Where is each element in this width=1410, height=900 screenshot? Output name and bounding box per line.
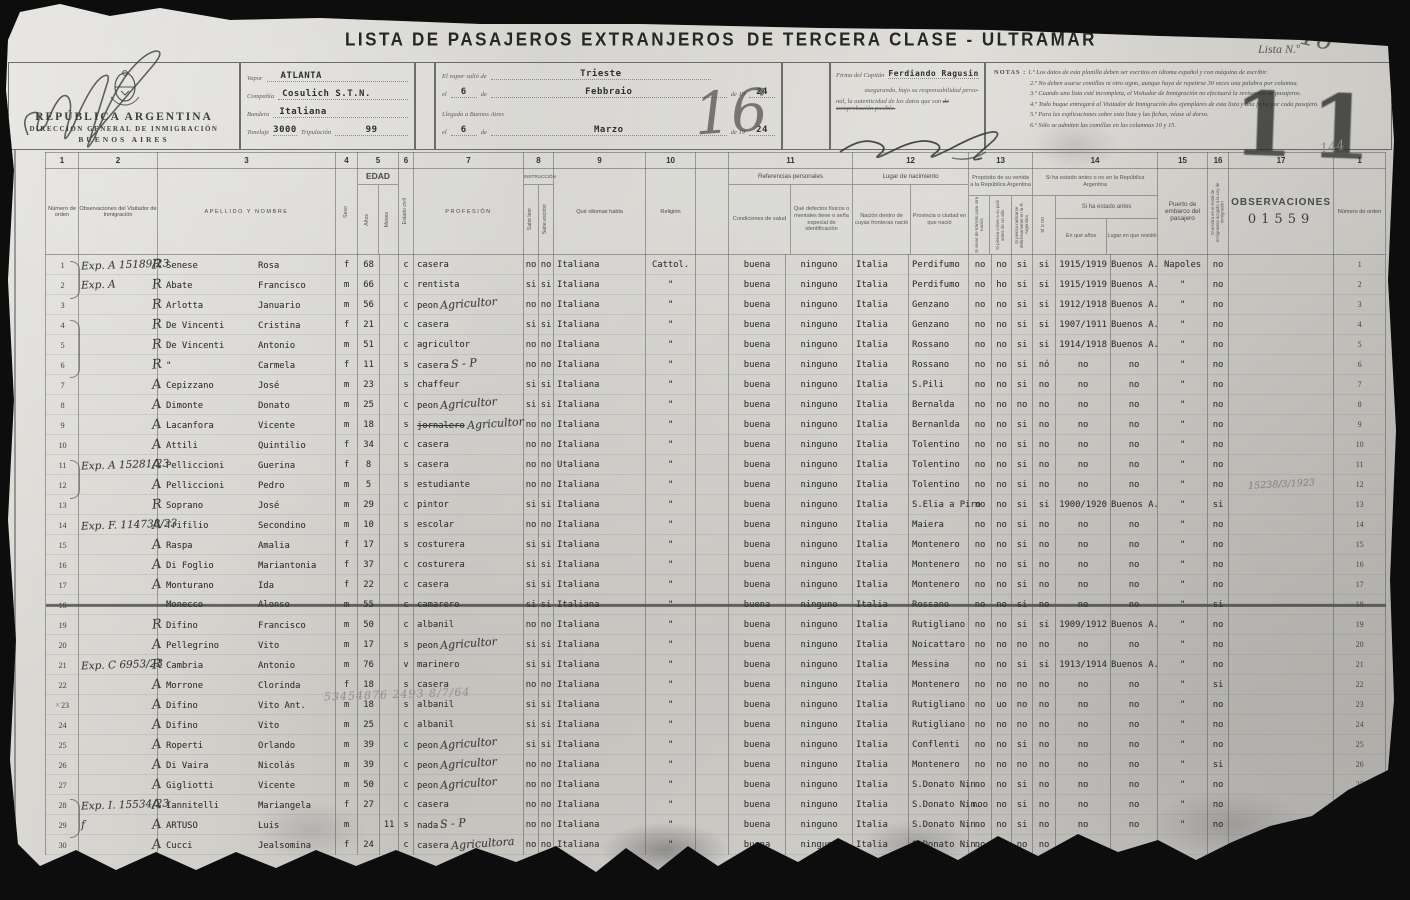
table-row: 2 Exp. A RAbateFrancisco m 66 c rentista… bbox=[46, 275, 1386, 295]
cell-sabe-escribir: no bbox=[539, 335, 554, 355]
cell-numero-right: 15 bbox=[1334, 535, 1386, 555]
cell-condiciones-salud: buena bbox=[729, 755, 786, 775]
cell-en-que-anos: no bbox=[1056, 355, 1111, 375]
profesion: rentista bbox=[417, 280, 459, 290]
cell-proposito-volver: no bbox=[992, 815, 1012, 835]
cell-defectos: ninguno bbox=[786, 615, 853, 635]
cell-proposito-transito: no bbox=[969, 675, 992, 695]
cell-observaciones bbox=[1229, 495, 1334, 515]
row-number: 3 bbox=[61, 301, 65, 310]
apellido: Arlotta bbox=[166, 301, 258, 311]
cell-estuvo-antes: si bbox=[1033, 315, 1056, 335]
visitador-mark: A bbox=[151, 696, 166, 712]
compania-label: Compañía bbox=[247, 93, 274, 100]
cell-puerto-embarco: " bbox=[1158, 415, 1208, 435]
apellido: ARTUSO bbox=[166, 821, 258, 831]
col-header-numero-right: Número de orden bbox=[1334, 169, 1386, 255]
cell-estado-civil: c bbox=[399, 595, 414, 615]
cell-apellido-nombre: RDifinoFrancisco bbox=[158, 615, 336, 635]
cell-lugar-residio: no bbox=[1111, 775, 1158, 795]
row-number: 7 bbox=[61, 381, 65, 390]
nombre: Luis bbox=[258, 821, 279, 831]
cell-estuvo-antes: no bbox=[1033, 435, 1056, 455]
cell-apellido-nombre: ARopertiOrlando bbox=[158, 735, 336, 755]
cell-apellido-nombre: RAbateFrancisco bbox=[158, 275, 336, 295]
cell-edad-meses bbox=[380, 255, 399, 275]
cell-sabe-escribir: no bbox=[539, 355, 554, 375]
compania-value: Cosulich S.T.N. bbox=[278, 89, 408, 100]
cell-sabe-leer: no bbox=[524, 475, 539, 495]
cell-lugar-residio: no bbox=[1111, 455, 1158, 475]
colnum-17: 17 bbox=[1229, 153, 1334, 169]
cell-sabe-escribir: si bbox=[539, 715, 554, 735]
cell-religion: " bbox=[646, 675, 696, 695]
apellido: Morrone bbox=[166, 681, 258, 691]
group-bracket bbox=[70, 320, 80, 378]
cell-en-que-anos: 1913/1914 bbox=[1056, 655, 1111, 675]
table-row: 10 AAttiliQuintilio f 34 c casera no no … bbox=[46, 435, 1386, 455]
observaciones-pencil: 15238/3/1923 bbox=[1247, 477, 1314, 491]
cell-hotel-inmigrantes: no bbox=[1208, 315, 1229, 335]
cell-proposito-volver: no bbox=[992, 355, 1012, 375]
group-bracket bbox=[70, 261, 80, 299]
cell-condiciones-salud: buena bbox=[729, 415, 786, 435]
cell-observaciones-visitador bbox=[79, 435, 158, 455]
row-number: 15 bbox=[59, 541, 67, 550]
cell-sabe-leer: si bbox=[524, 635, 539, 655]
cell-estado-civil: c bbox=[399, 755, 414, 775]
col-header-blank bbox=[696, 169, 729, 255]
cell-proposito-volver: no bbox=[992, 835, 1012, 855]
cell-apellido-nombre: APelliccioniPedro bbox=[158, 475, 336, 495]
cell-nacion: Italia bbox=[853, 295, 909, 315]
profesion: nada bbox=[417, 821, 438, 831]
cell-estado-civil: c bbox=[399, 255, 414, 275]
cell-defectos: ninguno bbox=[786, 795, 853, 815]
cell-sabe-escribir: no bbox=[539, 795, 554, 815]
visitador-mark: A bbox=[151, 716, 166, 732]
cell-proposito-transito: no bbox=[969, 735, 992, 755]
colnum-7: 7 bbox=[414, 153, 524, 169]
cell-sabe-leer: no bbox=[524, 295, 539, 315]
cell-en-que-anos: 1912/1918 bbox=[1056, 295, 1111, 315]
cell-lugar-residio: no bbox=[1111, 355, 1158, 375]
cell-estuvo-antes: si bbox=[1033, 615, 1056, 635]
visitador-mark: A bbox=[151, 756, 166, 772]
cell-sexo: m bbox=[336, 775, 358, 795]
cell-sexo: f bbox=[336, 255, 358, 275]
nombre: Vicente bbox=[258, 781, 295, 791]
profesion-struck: jornalero bbox=[417, 421, 465, 431]
cell-hotel-inmigrantes: no bbox=[1208, 735, 1229, 755]
cell-estuvo-antes: no bbox=[1033, 375, 1056, 395]
cell-puerto-embarco: " bbox=[1158, 675, 1208, 695]
cell-sabe-leer: si bbox=[524, 555, 539, 575]
cell-numero-right: 7 bbox=[1334, 375, 1386, 395]
cell-puerto-embarco: " bbox=[1158, 395, 1208, 415]
cell-proposito-transito: no bbox=[969, 535, 992, 555]
bandera-label: Bandera bbox=[247, 111, 269, 118]
profesion-handwritten: Agricultora bbox=[450, 835, 514, 852]
colnum-5: 5 bbox=[358, 153, 399, 169]
cell-estado-civil: c bbox=[399, 555, 414, 575]
cell-numero: 26 bbox=[46, 755, 79, 775]
spacer-box bbox=[415, 62, 435, 150]
visitador-mark: A bbox=[151, 816, 166, 832]
profesion: casera bbox=[417, 580, 449, 590]
cell-religion: " bbox=[646, 475, 696, 495]
cell-observaciones-visitador: Exp. A 15281/23 bbox=[79, 455, 158, 475]
colnum-12: 12 bbox=[853, 153, 969, 169]
colnum-11: 11 bbox=[729, 153, 853, 169]
cell-observaciones-visitador: Exp. A 15189/23 bbox=[79, 255, 158, 275]
cell-apellido-nombre: ARaspaAmalia bbox=[158, 535, 336, 555]
nota-text: 1.º Los datos de esta planilla deben ser… bbox=[1028, 69, 1267, 76]
apellido: Pellegrino bbox=[166, 641, 258, 651]
cell-proposito-volver: no bbox=[992, 515, 1012, 535]
cell-estuvo-antes: nó bbox=[1033, 355, 1056, 375]
profesion: peon bbox=[417, 761, 438, 771]
cell-religion: " bbox=[646, 515, 696, 535]
cell-estado-civil: c bbox=[399, 835, 414, 855]
cell-edad-anos: 56 bbox=[358, 295, 380, 315]
cell-edad-meses bbox=[380, 775, 399, 795]
cell-nacion: Italia bbox=[853, 695, 909, 715]
profesion: albanil bbox=[417, 700, 454, 710]
cell-lugar-residio: no bbox=[1111, 415, 1158, 435]
cell-proposito-transito: noo bbox=[969, 795, 992, 815]
row-number: 5 bbox=[61, 341, 65, 350]
row-number: 19 bbox=[59, 621, 67, 630]
cell-observaciones-visitador bbox=[79, 635, 158, 655]
cell-defectos: ninguno bbox=[786, 635, 853, 655]
cell-sabe-escribir: no bbox=[539, 615, 554, 635]
cell-profesion: caseraAgricultora bbox=[414, 835, 524, 855]
cell-defectos: ninguno bbox=[786, 495, 853, 515]
cell-profesion: costurera bbox=[414, 535, 524, 555]
cell-puerto-embarco: " bbox=[1158, 715, 1208, 735]
visitador-mark: R bbox=[151, 276, 166, 292]
cell-condiciones-salud: buena bbox=[729, 735, 786, 755]
cell-lugar-residio: no bbox=[1111, 735, 1158, 755]
cell-en-que-anos: 1900/1920 bbox=[1056, 495, 1111, 515]
cell-profesion: casera bbox=[414, 255, 524, 275]
nombre: Francisco bbox=[258, 621, 306, 631]
cell-idiomas: Italiana bbox=[554, 535, 646, 555]
colnum-6: 6 bbox=[399, 153, 414, 169]
profesion-handwritten: Agricultor bbox=[440, 755, 498, 772]
cell-numero-right: 24 bbox=[1334, 715, 1386, 735]
cell-proposito-radicarse: si bbox=[1012, 475, 1033, 495]
cell-sabe-leer: si bbox=[524, 715, 539, 735]
cell-en-que-anos: no bbox=[1056, 535, 1111, 555]
cell-numero: 25 bbox=[46, 735, 79, 755]
cell-lugar-residio: Buenos A. bbox=[1111, 255, 1158, 275]
cell-observaciones-visitador bbox=[79, 375, 158, 395]
cell-estado-civil: c bbox=[399, 315, 414, 335]
apellido: Difino bbox=[166, 621, 258, 631]
cell-defectos: ninguno bbox=[786, 515, 853, 535]
cell-estuvo-antes: si bbox=[1033, 655, 1056, 675]
row-number: 10 bbox=[59, 441, 67, 450]
cell-profesion: peonAgricultor bbox=[414, 775, 524, 795]
cell-sabe-escribir: si bbox=[539, 635, 554, 655]
cell-idiomas: Italiana bbox=[554, 415, 646, 435]
table-row: 11 Exp. A 15281/23 APelliccioniGuerina f… bbox=[46, 455, 1386, 475]
row-number: 17 bbox=[59, 581, 67, 590]
cell-numero-right bbox=[1334, 815, 1386, 835]
cell-proposito-volver: no bbox=[992, 375, 1012, 395]
cell-estuvo-antes: no bbox=[1033, 715, 1056, 735]
nombre: Antonio bbox=[258, 661, 295, 671]
cell-estuvo-antes: no bbox=[1033, 635, 1056, 655]
cell-condiciones-salud: buena bbox=[729, 715, 786, 735]
cell-proposito-volver: no bbox=[992, 595, 1012, 615]
cell-en-que-anos: no bbox=[1056, 575, 1111, 595]
cell-edad-meses bbox=[380, 715, 399, 735]
cell-proposito-transito: no bbox=[969, 295, 992, 315]
cell-lugar-residio: Buenos A. bbox=[1111, 335, 1158, 355]
cell-religion: " bbox=[646, 555, 696, 575]
cell-observaciones-visitador: Exp. A bbox=[79, 275, 158, 295]
apellido: Di Vaira bbox=[166, 761, 258, 771]
cell-en-que-anos: no bbox=[1056, 635, 1111, 655]
cell-idiomas: Italiana bbox=[554, 815, 646, 835]
cell-puerto-embarco: " bbox=[1158, 655, 1208, 675]
nombre: Vito Ant. bbox=[258, 701, 306, 711]
cell-lugar-residio: no bbox=[1111, 715, 1158, 735]
row-number: 8 bbox=[61, 401, 65, 410]
cell-proposito-volver: no bbox=[992, 775, 1012, 795]
cell-sabe-leer: no bbox=[524, 435, 539, 455]
cell-sabe-escribir: si bbox=[539, 595, 554, 615]
cell-edad-anos: 50 bbox=[358, 775, 380, 795]
cell-observaciones-visitador bbox=[79, 575, 158, 595]
cell-religion: " bbox=[646, 815, 696, 835]
profesion: casera bbox=[417, 361, 449, 371]
cell-proposito-radicarse: si bbox=[1012, 815, 1033, 835]
cell-hotel-inmigrantes: si bbox=[1208, 755, 1229, 775]
profesion-handwritten: Agricultor bbox=[466, 415, 524, 432]
cell-apellido-nombre: AMorroneClorinda bbox=[158, 675, 336, 695]
cell-observaciones-visitador bbox=[79, 475, 158, 495]
cell-religion: " bbox=[646, 455, 696, 475]
visitador-mark: R bbox=[151, 336, 166, 352]
table-row: 22 AMorroneClorinda f 18 s casera no no … bbox=[46, 675, 1386, 695]
cell-blank bbox=[696, 735, 729, 755]
cell-sexo: f bbox=[336, 575, 358, 595]
cell-edad-anos: 25 bbox=[358, 715, 380, 735]
cell-hotel-inmigrantes: no bbox=[1208, 635, 1229, 655]
cell-blank bbox=[696, 835, 729, 855]
group-bracket bbox=[70, 460, 80, 499]
col-header-numero: Número de orden bbox=[46, 169, 79, 255]
cell-sexo: f bbox=[336, 555, 358, 575]
apellido: Gigliotti bbox=[166, 781, 258, 791]
cell-profesion: pintor bbox=[414, 495, 524, 515]
cell-edad-meses bbox=[380, 835, 399, 855]
cell-proposito-radicarse: si bbox=[1012, 255, 1033, 275]
cell-provincia: Messina bbox=[909, 655, 969, 675]
nombre: Orlando bbox=[258, 741, 295, 751]
visitador-mark: A bbox=[151, 536, 166, 552]
cell-numero-right: 9 bbox=[1334, 415, 1386, 435]
cell-sabe-leer: si bbox=[524, 535, 539, 555]
nombre: Jealsomina bbox=[258, 841, 311, 851]
cell-edad-anos: 25 bbox=[358, 395, 380, 415]
cell-provincia: Perdifumo bbox=[909, 255, 969, 275]
cell-edad-meses bbox=[380, 355, 399, 375]
cell-provincia: Rossano bbox=[909, 595, 969, 615]
cell-sabe-leer: no bbox=[524, 355, 539, 375]
cell-numero: 8 bbox=[46, 395, 79, 415]
cell-observaciones bbox=[1229, 515, 1334, 535]
cell-nacion: Italia bbox=[853, 775, 909, 795]
cell-condiciones-salud: buena bbox=[729, 655, 786, 675]
cell-en-que-anos: no bbox=[1056, 815, 1111, 835]
col-header-meses: Meses bbox=[385, 212, 391, 227]
row-number: 11 bbox=[59, 461, 67, 470]
cell-observaciones bbox=[1229, 815, 1334, 835]
cell-idiomas: Italiana bbox=[554, 635, 646, 655]
cell-observaciones bbox=[1229, 275, 1334, 295]
nombre: Antonio bbox=[258, 341, 295, 351]
tripulacion-value: 99 bbox=[335, 125, 408, 136]
cell-proposito-radicarse: si bbox=[1012, 655, 1033, 675]
cell-profesion: casera bbox=[414, 575, 524, 595]
cell-nacion: Italia bbox=[853, 615, 909, 635]
cell-nacion: Italia bbox=[853, 455, 909, 475]
cell-provincia: Montenero bbox=[909, 575, 969, 595]
cell-condiciones-salud: buena bbox=[729, 555, 786, 575]
cell-edad-meses bbox=[380, 435, 399, 455]
cell-provincia: Bernanlda bbox=[909, 415, 969, 435]
cell-proposito-radicarse: si bbox=[1012, 435, 1033, 455]
nombre: José bbox=[258, 381, 279, 391]
apellido: Difino bbox=[166, 701, 258, 711]
cell-idiomas: Italiana bbox=[554, 495, 646, 515]
ship-info-box: Vapor ATLANTA Compañía Cosulich S.T.N. B… bbox=[240, 62, 415, 150]
cell-religion: " bbox=[646, 735, 696, 755]
salio-port: Trieste bbox=[491, 69, 711, 80]
cell-lugar-residio: Buenos A. bbox=[1111, 275, 1158, 295]
cell-en-que-anos: no bbox=[1056, 715, 1111, 735]
cell-condiciones-salud: buena bbox=[729, 455, 786, 475]
cell-provincia: Montenero bbox=[909, 555, 969, 575]
cell-nacion: Italia bbox=[853, 595, 909, 615]
cell-sexo: m bbox=[336, 395, 358, 415]
cell-puerto-embarco: " bbox=[1158, 555, 1208, 575]
visitador-mark: A bbox=[151, 836, 166, 852]
cell-proposito-transito: no bbox=[969, 395, 992, 415]
cell-nacion: Italia bbox=[853, 655, 909, 675]
cell-proposito-radicarse: no bbox=[1012, 635, 1033, 655]
cell-condiciones-salud: buena bbox=[729, 835, 786, 855]
apellido: Cambria bbox=[166, 661, 258, 671]
visitador-mark: R bbox=[151, 616, 166, 632]
cell-proposito-transito: no bbox=[969, 695, 992, 715]
cell-observaciones-visitador bbox=[79, 755, 158, 775]
table-row: 6 R"Carmela f 11 s caseraS - P no no Ita… bbox=[46, 355, 1386, 375]
cell-estado-civil: s bbox=[399, 455, 414, 475]
visitador-mark: R bbox=[151, 656, 166, 672]
table-row: 29 f AARTUSOLuis m 11 s nadaS - P no no … bbox=[46, 815, 1386, 835]
cell-sabe-escribir: no bbox=[539, 515, 554, 535]
cell-observaciones bbox=[1229, 775, 1334, 795]
cell-numero-right: 21 bbox=[1334, 655, 1386, 675]
cell-sabe-leer: no bbox=[524, 775, 539, 795]
cell-hotel-inmigrantes bbox=[1208, 835, 1229, 855]
cell-condiciones-salud: buena bbox=[729, 315, 786, 335]
cell-nacion: Italia bbox=[853, 675, 909, 695]
cell-observaciones bbox=[1229, 395, 1334, 415]
cell-idiomas: Italiana bbox=[554, 675, 646, 695]
cell-idiomas: Italiana bbox=[554, 375, 646, 395]
cell-sabe-leer: si bbox=[524, 275, 539, 295]
colnum-14: 14 bbox=[1033, 153, 1158, 169]
cell-sabe-escribir: no bbox=[539, 255, 554, 275]
cell-profesion: agricultor bbox=[414, 335, 524, 355]
cell-provincia: Conflenti bbox=[909, 735, 969, 755]
cell-apellido-nombre: RSeneseRosa bbox=[158, 255, 336, 275]
cell-estado-civil: c bbox=[399, 615, 414, 635]
lista-number-handwritten: 16 bbox=[1297, 21, 1336, 57]
cell-sexo: f bbox=[336, 795, 358, 815]
cell-edad-meses bbox=[380, 515, 399, 535]
cell-blank bbox=[696, 695, 729, 715]
cell-religion: " bbox=[646, 595, 696, 615]
cell-profesion: nadaS - P bbox=[414, 815, 524, 835]
row-number: 23 bbox=[61, 701, 69, 710]
paper-sheet: LISTA DE PASAJEROS EXTRANJEROS DE TERCER… bbox=[0, 0, 1410, 900]
table-row: 9 ALacanforaVicente m 18 s jornaleroAgri… bbox=[46, 415, 1386, 435]
cell-idiomas: Italiana bbox=[554, 735, 646, 755]
nombre: Mariangela bbox=[258, 801, 311, 811]
cell-en-que-anos: no bbox=[1056, 695, 1111, 715]
passenger-rows: 1 Exp. A 15189/23 RSeneseRosa f 68 c cas… bbox=[46, 255, 1386, 855]
colnum-10: 10 bbox=[646, 153, 696, 169]
nombre: Vito bbox=[258, 721, 279, 731]
cell-sabe-leer: no bbox=[524, 415, 539, 435]
cell-nacion: Italia bbox=[853, 315, 909, 335]
nombre: Francisco bbox=[258, 281, 306, 291]
cell-en-que-anos: no bbox=[1056, 755, 1111, 775]
visitador-mark: R bbox=[151, 316, 166, 332]
captain-label: Firma del Capitán bbox=[836, 72, 884, 79]
cell-proposito-transito: no bbox=[969, 515, 992, 535]
cell-sabe-escribir: si bbox=[539, 375, 554, 395]
cell-edad-anos: 11 bbox=[358, 355, 380, 375]
cell-blank bbox=[696, 675, 729, 695]
apellido: " bbox=[166, 361, 258, 371]
nombre: Nicolás bbox=[258, 761, 295, 771]
row-number: 20 bbox=[59, 641, 67, 650]
row-number: 14 bbox=[59, 521, 67, 530]
cell-estuvo-antes: no bbox=[1033, 795, 1056, 815]
profesion: casera bbox=[417, 800, 449, 810]
profesion: estudiante bbox=[417, 480, 470, 490]
cell-estuvo-antes: no bbox=[1033, 835, 1056, 855]
nombre: Rosa bbox=[258, 261, 279, 271]
visitador-mark: R bbox=[151, 356, 166, 372]
colnum-8: 8 bbox=[524, 153, 554, 169]
cell-blank bbox=[696, 455, 729, 475]
cell-condiciones-salud: buena bbox=[729, 355, 786, 375]
cell-puerto-embarco: " bbox=[1158, 795, 1208, 815]
cell-estuvo-antes: no bbox=[1033, 515, 1056, 535]
cell-observaciones-visitador bbox=[79, 715, 158, 735]
apellido: Roperti bbox=[166, 741, 258, 751]
